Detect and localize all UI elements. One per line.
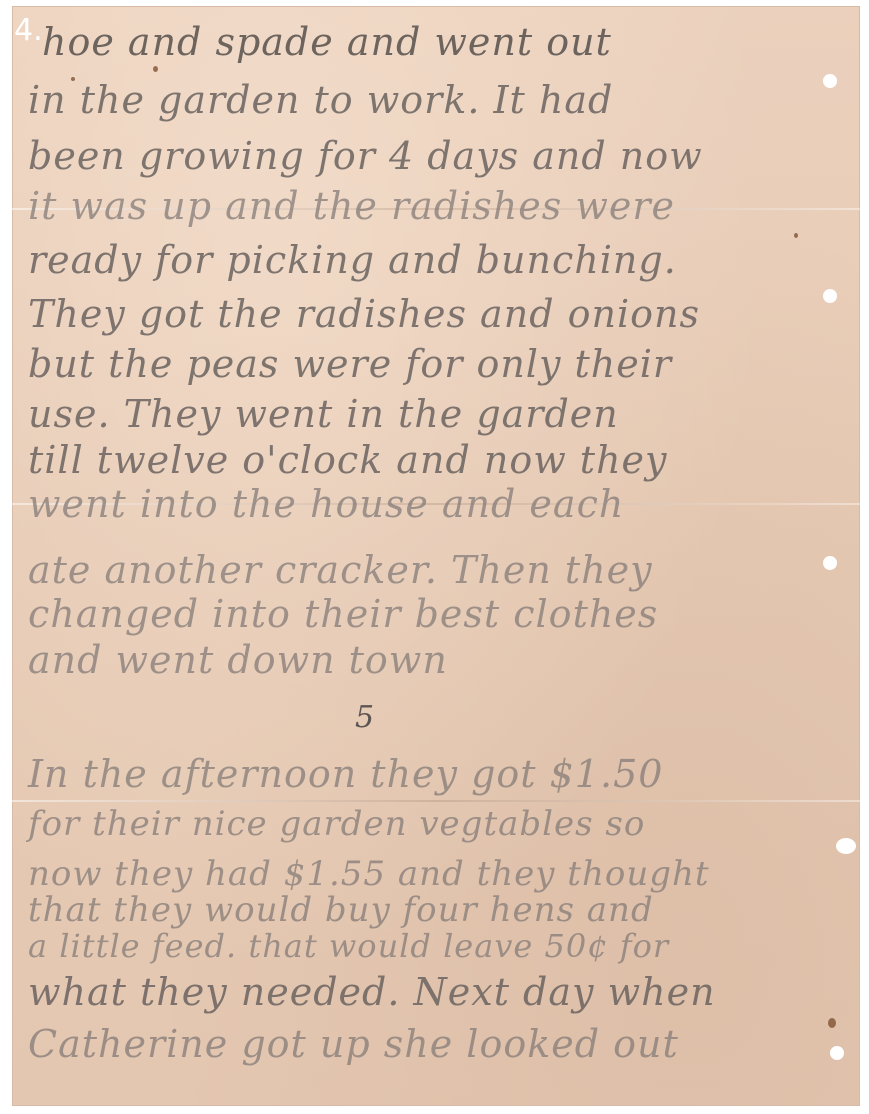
torn-punch-hole	[836, 838, 856, 854]
handwritten-line: a little feed. that would leave 50¢ for	[28, 924, 669, 968]
handwritten-line: it was up and the radishes were	[28, 184, 675, 228]
handwritten-line: what they needed. Next day when	[28, 970, 716, 1014]
page-number-label: 4.	[14, 16, 43, 46]
paper-stain	[153, 66, 158, 72]
punch-hole	[823, 556, 837, 570]
handwritten-line: been growing for 4 days and now	[28, 134, 703, 178]
handwritten-line: in the garden to work. It had	[28, 78, 613, 122]
paper-stain	[794, 233, 798, 238]
handwritten-line: changed into their best clothes	[28, 592, 658, 636]
handwritten-line: They got the radishes and onions	[28, 292, 700, 336]
paper-stain	[828, 1018, 836, 1028]
handwritten-line: In the afternoon they got $1.50	[28, 752, 663, 796]
handwritten-line: ready for picking and bunching.	[28, 238, 677, 282]
handwritten-line: for their nice garden vegtables so	[28, 802, 645, 846]
handwritten-line: till twelve o'clock and now they	[28, 438, 668, 482]
punch-hole	[823, 289, 837, 303]
handwritten-line: but the peas were for only their	[28, 342, 672, 386]
section-number: 5	[355, 700, 374, 735]
handwritten-line: and went down town	[28, 638, 448, 682]
handwritten-line: Catherine got up she looked out	[28, 1022, 679, 1066]
punch-hole	[830, 1046, 844, 1060]
punch-hole	[823, 74, 837, 88]
handwritten-line: hoe and spade and went out	[42, 20, 612, 64]
handwritten-line: went into the house and each	[28, 482, 624, 526]
handwritten-line: use. They went in the garden	[28, 392, 619, 436]
handwritten-line: ate another cracker. Then they	[28, 548, 653, 592]
